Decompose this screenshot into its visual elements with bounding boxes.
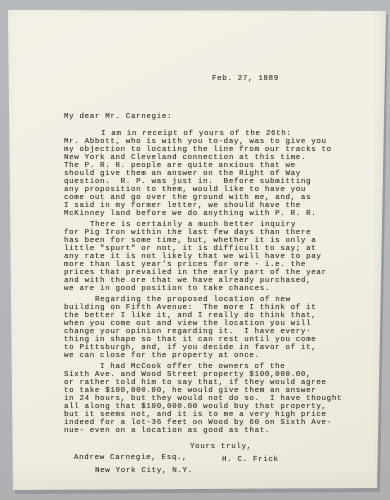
letter-line: I said in my former letter, we should ha… [64, 202, 342, 210]
letter-line: change your opinion regarding it. I have… [64, 328, 342, 336]
letter-line: and with the ore that we have already pu… [64, 277, 342, 285]
letter-paragraph: Regarding the proposed location of newbu… [64, 296, 342, 360]
letter-line: nue- even on a location as good as that. [64, 427, 342, 435]
letter-line: New York and Cleveland connection at thi… [64, 154, 342, 162]
letter-date: Feb. 27, 1889 [212, 75, 279, 83]
letter-line: Sixth Ave. and Wood Street property $100… [64, 371, 342, 379]
letter-line: come out and go over the ground with me,… [64, 194, 342, 202]
letter-line: for Pig Iron within the last few days th… [64, 229, 342, 237]
letter-line: There is certainly a much better inquiry [64, 221, 342, 229]
letter-line: but it seems not, and it is to me a very… [64, 411, 342, 419]
letter-line: Mr. Abbott, who is with you to-day, was … [64, 138, 342, 146]
letter-line: more than last year's prices for ore - i… [64, 261, 342, 269]
letter-line: any proposition to them, would like to h… [64, 186, 342, 194]
letter-photo: Feb. 27, 1889 My dear Mr. Carnegie: I am… [0, 0, 390, 500]
letter-closing: Yours truly, [190, 443, 252, 451]
letter-body: I am in receipt of yours of the 26th:Mr.… [64, 130, 342, 438]
letter-paragraph: There is certainly a much better inquiry… [64, 221, 342, 293]
letter-paper: Feb. 27, 1889 My dear Mr. Carnegie: I am… [0, 0, 390, 500]
letter-line: or rather told him to say that, if they … [64, 379, 342, 387]
letter-line: all along that $100,000.00 would buy tha… [64, 403, 342, 411]
letter-line: in 24 hours, but they would not do so. I… [64, 395, 342, 403]
letter-line: to Pittsburgh, and, if you decide in fav… [64, 344, 342, 352]
letter-paragraph: I am in receipt of yours of the 26th:Mr.… [64, 130, 342, 218]
letter-line: I am in receipt of yours of the 26th: [64, 130, 342, 138]
letter-line: prices that prevailed in the early part … [64, 269, 342, 277]
letter-line: has been for some time, but, whether it … [64, 237, 342, 245]
letter-line: I had McCook offer the owners of the [64, 363, 342, 371]
letter-line: Regarding the proposed location of new [64, 296, 342, 304]
letter-line: The P. R. R. people are quite anxious th… [64, 162, 342, 170]
letter-line: any rate it is not likely that we will h… [64, 253, 342, 261]
letter-line: little "spurt" or not, it is difficult t… [64, 245, 342, 253]
letter-line: to take $100,000.00, he would give them … [64, 387, 342, 395]
recipient-city: New York City, N.Y. [95, 467, 193, 475]
letter-line: thing in shape so that it can rest until… [64, 336, 342, 344]
recipient-name: Andrew Carnegie, Esq., [74, 454, 187, 462]
letter-salutation: My dear Mr. Carnegie: [64, 113, 172, 121]
letter-line: the better I like it, and I really do th… [64, 312, 342, 320]
letter-line: McKinney land before we do anything with… [64, 210, 342, 218]
letter-line: building on Fifth Avenue: The more I thi… [64, 304, 342, 312]
letter-line: when you come out and view the location … [64, 320, 342, 328]
letter-paragraph: I had McCook offer the owners of theSixt… [64, 363, 342, 435]
letter-signature: H. C. Frick [222, 456, 279, 464]
letter-line: we can close for the property at once. [64, 352, 342, 360]
letter-line: question. R. P. was just in. Before subm… [64, 178, 342, 186]
letter-line: my objection to locating the line from o… [64, 146, 342, 154]
letter-line: indeed for a lot-36 feet on Wood by 60 o… [64, 419, 342, 427]
letter-line: we are in good position to take chances. [64, 285, 342, 293]
letter-line: should give them an answer on the Right … [64, 170, 342, 178]
